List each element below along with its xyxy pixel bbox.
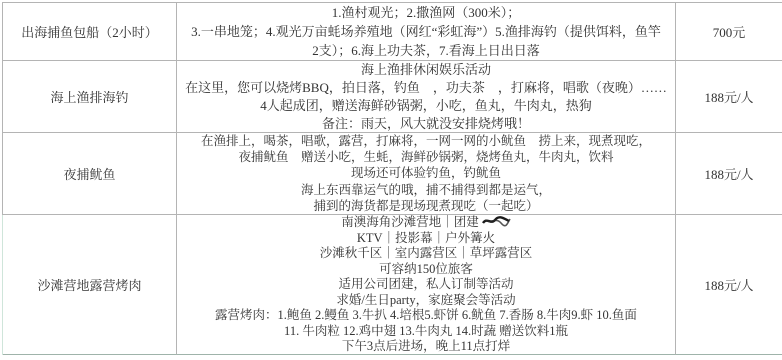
activity-name: 夜捕鱿鱼 <box>3 133 177 215</box>
description-line: KTV｜投影幕｜户外篝火 <box>357 231 495 246</box>
activity-description: 海上渔排休闲娱乐活动在这里，您可以烧烤BBQ，拍日落，钓鱼 ，功夫茶 ，打麻将，… <box>177 61 676 133</box>
description-line: 备注：雨天，风大就没安排烧烤哦！ <box>322 115 530 133</box>
table-row: 出海捕鱼包船（2小时） 1.渔村观光；2.撒渔网（300米）；3.一串地笼；4.… <box>2 3 782 61</box>
description-line: 南澳海角沙滩营地｜团建 <box>341 215 511 231</box>
activity-price: 188元/人 <box>676 215 782 355</box>
description-line: 11. 牛肉粒 12.鸡中翅 13.牛肉丸 14.时蔬 赠送饮料1瓶 <box>284 324 568 339</box>
activity-description: 1.渔村观光；2.撒渔网（300米）；3.一串地笼；4.观光万亩蚝场养殖地（网红… <box>177 3 676 61</box>
description-line: 适用公司团建，私人订制等活动 <box>338 277 513 292</box>
description-line: 海上渔排休闲娱乐活动 <box>361 61 491 79</box>
description-line: 1.渔村观光；2.撒渔网（300米）； <box>332 3 521 22</box>
activity-name: 出海捕鱼包船（2小时） <box>3 3 177 61</box>
description-line: 在这里，您可以烧烤BBQ，拍日落，钓鱼 ，功夫茶 ，打麻将，唱歌（夜晚）…… <box>185 79 667 97</box>
description-line: 露营烤肉：1.鲍鱼 2.鳗鱼 3.牛扒 4.培根5.虾饼 6.鱿鱼 7.香肠 8… <box>215 308 637 323</box>
table-row: 海上渔排海钓 海上渔排休闲娱乐活动在这里，您可以烧烤BBQ，拍日落，钓鱼 ，功夫… <box>2 61 782 133</box>
table-row: 沙滩营地露营烤肉 南澳海角沙滩营地｜团建KTV｜投影幕｜户外篝火沙滩秋千区｜室内… <box>2 215 782 355</box>
description-line: 4人起成团，赠送海鲜砂锅粥，小吃，鱼丸，牛肉丸，热狗 <box>260 97 592 115</box>
description-line: 可容纳150位旅客 <box>379 262 473 277</box>
description-line: 3.一串地笼；4.观光万亩蚝场养殖地（网红“彩虹海”）5.渔排海钓（提供饵料，鱼… <box>191 22 661 41</box>
description-line: 捕到的海货都是现场现煮现吃（一起吃） <box>313 198 538 214</box>
table-row: 夜捕鱿鱼 在渔排上，喝茶，唱歌，露营，打麻将，一网一网的小鱿鱼 捞上来，现煮现吃… <box>2 133 782 215</box>
description-line: 沙滩秋千区｜室内露营区｜草坪露营区 <box>320 246 533 261</box>
description-line: 海上东西靠运气的哦，捕不捕得到都是运气， <box>301 182 551 198</box>
description-line: 2支）；6.海上功夫茶，7.看海上日出日落 <box>312 41 540 60</box>
description-line: 现场还可体验钓鱼，钓鱿鱼 <box>351 165 501 181</box>
activity-price-table: 出海捕鱼包船（2小时） 1.渔村观光；2.撒渔网（300米）；3.一串地笼；4.… <box>2 2 782 355</box>
description-line: 求婚/生日party，家庭聚会等活动 <box>336 293 515 308</box>
description-line: 夜捕鱿鱼 赠送小吃，生蚝，海鲜砂锅粥，烧烤鱼丸，牛肉丸，饮料 <box>238 149 613 165</box>
activity-price: 188元/人 <box>676 133 782 215</box>
activity-name: 沙滩营地露营烤肉 <box>3 215 177 355</box>
redaction-scribble-icon <box>481 215 511 231</box>
activity-name: 海上渔排海钓 <box>3 61 177 133</box>
activity-price: 700元 <box>676 3 782 61</box>
activity-description: 南澳海角沙滩营地｜团建KTV｜投影幕｜户外篝火沙滩秋千区｜室内露营区｜草坪露营区… <box>177 215 676 355</box>
description-line: 在渔排上，喝茶，唱歌，露营，打麻将，一网一网的小鱿鱼 捞上来，现煮现吃， <box>201 133 651 149</box>
description-line: 下午3点后进场，晚上11点打烊 <box>342 339 510 354</box>
activity-description: 在渔排上，喝茶，唱歌，露营，打麻将，一网一网的小鱿鱼 捞上来，现煮现吃，夜捕鱿鱼… <box>177 133 676 215</box>
activity-price: 188元/人 <box>676 61 782 133</box>
